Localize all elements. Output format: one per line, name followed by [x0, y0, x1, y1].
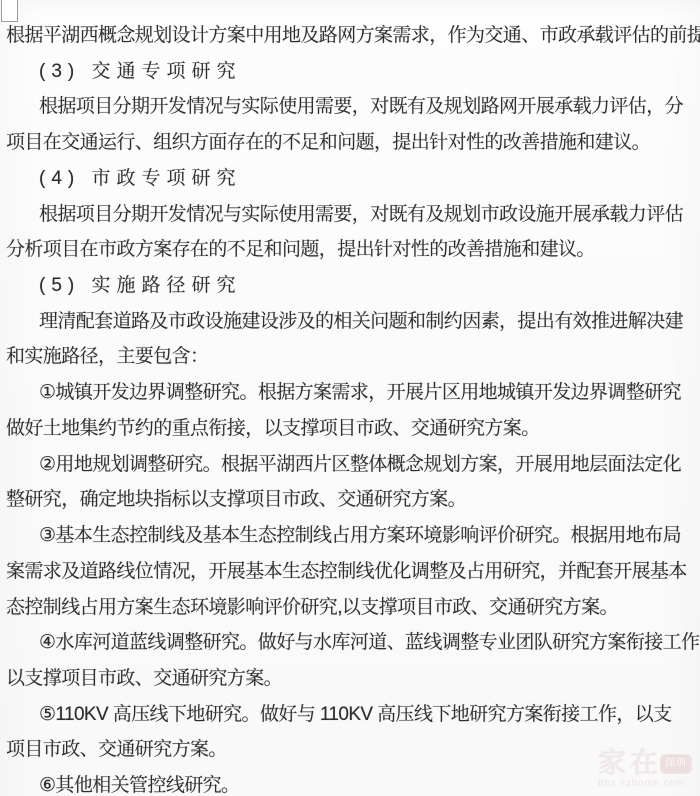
doc-line: 以支撑项目市政、交通研究方案。 — [6, 668, 282, 690]
doc-heading-line: (4) 市政专项研究 — [39, 168, 242, 190]
doc-line: 项目在交通运行、组织方面存在的不足和问题，提出针对性的改善措施和建议。 — [6, 132, 650, 154]
doc-line: 根据平湖西概念规划设计方案中用地及路网方案需求，作为交通、市政承载评估的前提 — [6, 25, 700, 47]
doc-line: 整研究，确定地块指标以支撑项目市政、交通研究方案。 — [6, 489, 466, 511]
doc-line: 案需求及道路线位情况，开展基本生态控制线优化调整及占用研究，并配套开展基本 — [6, 561, 687, 583]
doc-line: ②用地规划调整研究。根据平湖西片区整体概念规划方案，开展用地层面法定化 — [39, 454, 681, 476]
doc-line: ⑥其他相关管控线研究。 — [39, 775, 239, 796]
watermark-url-text: bbs.szhome.com — [598, 778, 698, 789]
doc-line: 项目市政、交通研究方案。 — [6, 739, 227, 761]
doc-line: 理清配套道路及市政设施建设涉及的相关问题和制约因素，提出有效推进解决建 — [39, 311, 683, 333]
doc-line: 根据项目分期开发情况与实际使用需要，对既有及规划路网开展承载力评估，分 — [39, 96, 683, 118]
watermark: 家在 深圳 bbs.szhome.com — [598, 748, 698, 789]
doc-line: 态控制线占用方案生态环境影响评价研究,以支撑项目市政、交通研究方案。 — [6, 597, 618, 619]
document-lines: 根据平湖西概念规划设计方案中用地及路网方案需求，作为交通、市政承载评估的前提(3… — [0, 0, 700, 796]
doc-heading-line: (5) 实施路径研究 — [39, 275, 242, 297]
doc-line: 和实施路径，主要包含： — [6, 346, 208, 368]
watermark-logo-row: 家在 深圳 — [598, 748, 698, 778]
doc-line: ⑤110KV 高压线下地研究。做好与 110KV 高压线下地研究方案衔接工作，以… — [39, 704, 672, 726]
doc-line: ④水库河道蓝线调整研究。做好与水库河道、蓝线调整专业团队研究方案衔接工作 — [39, 632, 699, 654]
doc-heading-line: (3) 交通专项研究 — [39, 61, 242, 83]
doc-line: ①城镇开发边界调整研究。根据方案需求，开展片区用地城镇开发边界调整研究 — [39, 382, 681, 404]
watermark-city-badge: 深圳 — [660, 754, 692, 774]
doc-line: ③基本生态控制线及基本生态控制线占用方案环境影响评价研究。根据用地布局 — [39, 525, 681, 547]
document-page: 根据平湖西概念规划设计方案中用地及路网方案需求，作为交通、市政承载评估的前提(3… — [0, 0, 700, 796]
doc-line: 分析项目在市政方案存在的不足和问题，提出针对性的改善措施和建议。 — [6, 239, 595, 261]
watermark-brand-text: 家在 — [598, 748, 662, 778]
doc-line: 根据项目分期开发情况与实际使用需要，对既有及规划市政设施开展承载力评估 — [39, 204, 683, 226]
doc-line: 做好土地集约节约的重点衔接，以支撑项目市政、交通研究方案。 — [6, 418, 540, 440]
